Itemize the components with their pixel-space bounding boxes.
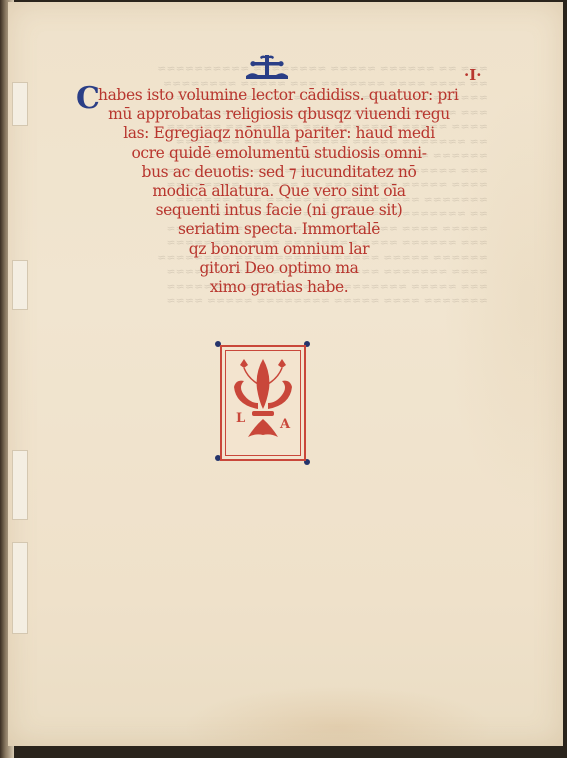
printer-mark: L A: [220, 345, 306, 461]
book-page: ≈≈≈ ≈≈ ≈≈≈≈≈≈ ≈≈≈≈≈ ≈≈≈≈≈≈≈≈ ≈≈≈≈≈≈≈≈≈≈ …: [8, 2, 563, 746]
binding-tab: [12, 542, 28, 634]
text-line: mū approbatas religiosis qbusqz viuendi …: [72, 105, 486, 124]
printer-mark-initial-right: A: [280, 417, 290, 432]
text-line: habes isto volumine lector cādidiss. qua…: [72, 86, 486, 105]
folio-number: ·I·: [464, 66, 481, 84]
incipit-text: C habes isto volumine lector cādidiss. q…: [72, 86, 486, 297]
text-line: sequenti intus facie (ni graue sit): [72, 201, 486, 220]
text-line: las: Egregiaqz nōnulla pariter: haud med…: [72, 124, 486, 143]
binding-tab: [12, 260, 28, 310]
binding-tab: [12, 450, 28, 520]
binding-tab: [12, 82, 28, 126]
text-line: qz bonorum omnium lar: [72, 240, 486, 259]
text-line: modicā allatura. Que vero sint oīa: [72, 182, 486, 201]
fleur-de-lis-icon: [222, 347, 304, 459]
decorated-initial: C: [76, 84, 99, 114]
cross-of-lorraine-icon: [244, 54, 290, 80]
text-line: bus ac deuotis: sed ⁊ iucunditatez nō: [72, 163, 486, 182]
text-line: gitori Deo optimo ma: [72, 259, 486, 278]
text-line: ximo gratias habe.: [72, 278, 486, 297]
text-line: seriatim specta. Immortalē: [72, 220, 486, 239]
printer-mark-initial-left: L: [236, 411, 245, 426]
text-line: ocre quidē emolumentū studiosis omni-: [72, 144, 486, 163]
